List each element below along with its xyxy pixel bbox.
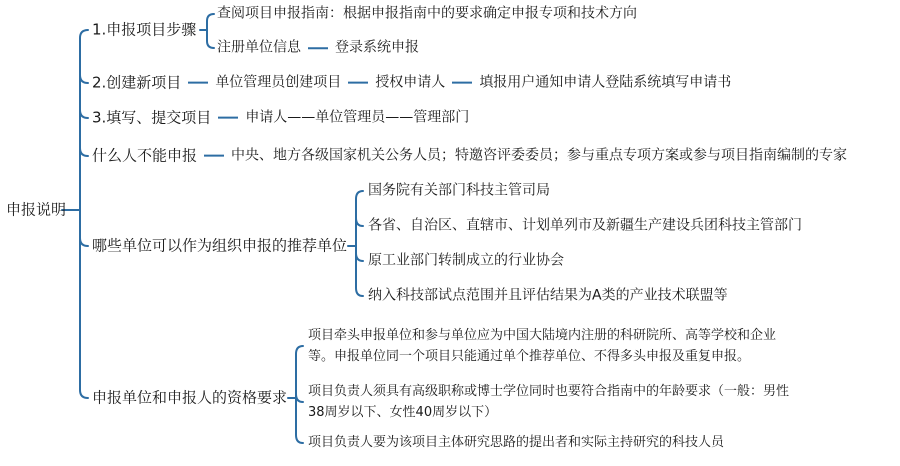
connector-dash <box>204 155 224 157</box>
branch-4: 什么人不能申报 中央、地方各级国家机关公务人员；特邀咨评委委员；参与重点专项方案… <box>92 147 847 166</box>
branch-5-bracket <box>356 191 363 296</box>
branch-6-child-1[interactable]: 项目牵头申报单位和参与单位应为中国大陆境内注册的科研院所、高等学校和企业等。申报… <box>308 325 798 367</box>
node-authorize-applicant[interactable]: 授权申请人 <box>375 74 445 92</box>
branch-5-hook-3 <box>356 253 363 261</box>
branch-6-hook-2 <box>296 394 303 402</box>
branch-5-child-1[interactable]: 国务院有关部门科技主管司局 <box>368 182 550 200</box>
connector-dash <box>218 117 238 119</box>
branch-6-child-3[interactable]: 项目负责人要为该项目主体研究思路的提出者和实际主持研究的科技人员 <box>308 435 724 451</box>
branch-2: 2.创建新项目 单位管理员创建项目 授权申请人 填报用户通知申请人登陆系统填写申… <box>92 74 731 93</box>
branch-3-label[interactable]: 3.填写、提交项目 <box>92 109 211 128</box>
connector-dash <box>308 47 328 49</box>
branch-6-child-2[interactable]: 项目负责人须具有高级职称或博士学位同时也要符合指南中的年龄要求（一般：男性38周… <box>308 381 798 423</box>
branch-5-label[interactable]: 哪些单位可以作为组织申报的推荐单位 <box>92 237 347 256</box>
branch-6-bracket <box>296 346 303 443</box>
node-register-unit-info[interactable]: 注册单位信息 <box>217 39 301 57</box>
branch-1-child-1[interactable]: 查阅项目申报指南：根据申报指南中的要求确定申报专项和技术方向 <box>217 5 637 23</box>
branch-6-label[interactable]: 申报单位和申报人的资格要求 <box>92 389 287 408</box>
mindmap-canvas: 申报说明 1.申报项目步骤 查阅项目申报指南：根据申报指南中的要求确定申报专项和… <box>0 0 900 466</box>
branch-5-child-4[interactable]: 纳入科技部试点范围并且评估结果为A类的产业技术联盟等 <box>368 287 728 305</box>
trunk-hook-branch-3 <box>80 110 88 118</box>
node-notify-applicant[interactable]: 填报用户通知申请人登陆系统填写申请书 <box>479 74 731 92</box>
branch-5-child-2[interactable]: 各省、自治区、直辖市、计划单列市及新疆生产建设兵团科技主管部门 <box>368 217 802 235</box>
branch-5-child-3[interactable]: 原工业部门转制成立的行业协会 <box>368 252 564 270</box>
branch-4-label[interactable]: 什么人不能申报 <box>92 147 197 166</box>
connector-dash <box>188 82 208 84</box>
branch-1-label[interactable]: 1.申报项目步骤 <box>92 21 196 40</box>
branch-3: 3.填写、提交项目 申请人——单位管理员——管理部门 <box>92 109 469 128</box>
trunk-line <box>80 30 88 398</box>
branch-2-label[interactable]: 2.创建新项目 <box>92 74 181 93</box>
trunk-hook-branch-5 <box>80 238 88 246</box>
root-node[interactable]: 申报说明 <box>6 201 66 220</box>
connector-dash <box>452 82 472 84</box>
connector-dash <box>348 82 368 84</box>
trunk-hook-branch-4 <box>80 148 88 156</box>
node-ineligible-people[interactable]: 中央、地方各级国家机关公务人员；特邀咨评委委员；参与重点专项方案或参与项目指南编… <box>231 147 847 165</box>
branch-5-hook-2 <box>356 218 363 226</box>
node-login-system[interactable]: 登录系统申报 <box>335 39 419 57</box>
branch-1-bracket <box>207 14 214 48</box>
trunk-hook-branch-2 <box>80 75 88 83</box>
node-admin-create-project[interactable]: 单位管理员创建项目 <box>215 74 341 92</box>
node-submit-flow[interactable]: 申请人——单位管理员——管理部门 <box>245 109 469 127</box>
branch-1-child-2: 注册单位信息 登录系统申报 <box>217 39 419 57</box>
